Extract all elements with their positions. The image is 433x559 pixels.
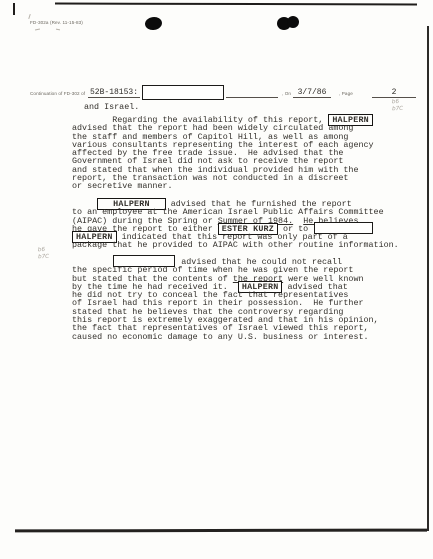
text-run: or secretive manner. <box>72 181 173 191</box>
ink-blot-punch-hole <box>144 16 163 31</box>
foia-exemption-note-right: b6 b7C <box>392 99 403 113</box>
on-label: , On <box>282 91 291 96</box>
text-line: or secretive manner. <box>72 182 374 190</box>
page-number-field: 2 <box>372 88 416 98</box>
paragraph-availability: Regarding the availability of this repor… <box>72 116 374 191</box>
text-line: caused no economic damage to any U.S. bu… <box>72 333 379 341</box>
redaction-box <box>142 85 224 100</box>
scanned-document-page: FD-302a (Rev. 11-15-83) Continuation of … <box>0 0 433 559</box>
text-line: package that he provided to AIPAC with o… <box>72 241 399 249</box>
pencil-mark <box>56 29 60 31</box>
ink-blot-punch-hole <box>287 16 299 28</box>
paragraph-aipac: HALPERN advised that he furnished the re… <box>72 200 399 250</box>
paragraph-recall: advised that he could not recallthe spec… <box>72 258 379 341</box>
text-run: caused no economic damage to any U.S. bu… <box>72 332 369 342</box>
page-right-edge <box>427 26 429 531</box>
blank-fill-line <box>226 88 278 98</box>
date-field: 3/7/86 <box>293 88 331 98</box>
foia-exemption-note-left: b6 b7C <box>38 247 49 261</box>
continuation-label: Continuation of FD-302 of <box>30 91 85 96</box>
form-number-label: FD-302a (Rev. 11-15-83) <box>30 20 83 25</box>
pencil-mark <box>28 14 30 19</box>
page-corner-mark <box>13 3 15 15</box>
page-top-edge <box>55 3 417 6</box>
page-bottom-edge <box>15 529 427 533</box>
page-label: , Page <box>339 91 353 96</box>
carryover-line: and Israel. <box>84 103 139 111</box>
file-number-field: 52B-18153: <box>88 88 140 98</box>
text-run: package that he provided to AIPAC with o… <box>72 240 399 250</box>
pencil-mark <box>35 28 40 30</box>
